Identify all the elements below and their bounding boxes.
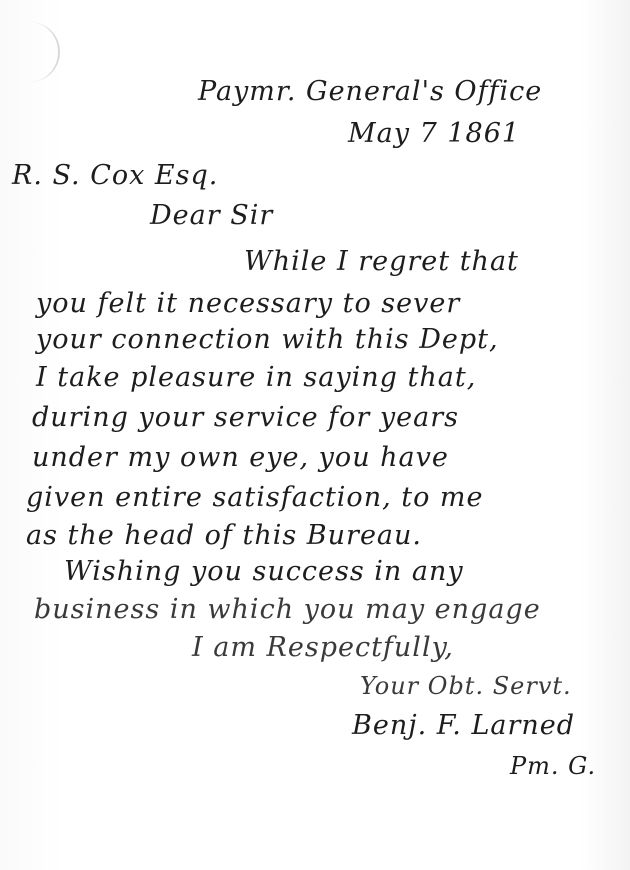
body-line: during your service for years <box>32 402 459 433</box>
closing-respectfully: I am Respectfully, <box>192 632 454 663</box>
body-line: While I regret that <box>244 246 519 277</box>
corner-mark <box>18 22 60 82</box>
addressee: R. S. Cox Esq. <box>12 160 218 191</box>
letter-page: Paymr. General's Office May 7 1861 R. S.… <box>0 0 630 870</box>
body-line: your connection with this Dept, <box>36 324 499 355</box>
body-line: as the head of this Bureau. <box>26 520 422 551</box>
closing-servant: Your Obt. Servt. <box>360 672 572 700</box>
body-line: business in which you may engage <box>34 594 541 625</box>
signature-title: Pm. G. <box>510 752 596 780</box>
body-line: I take pleasure in saying that, <box>36 362 476 393</box>
body-line: you felt it necessary to sever <box>36 288 460 319</box>
salutation: Dear Sir <box>150 200 273 231</box>
body-line: Wishing you success in any <box>64 556 464 587</box>
body-line: given entire satisfaction, to me <box>26 482 484 513</box>
signature: Benj. F. Larned <box>352 710 575 741</box>
letterhead-office: Paymr. General's Office <box>198 76 542 107</box>
body-line: under my own eye, you have <box>32 442 449 473</box>
letter-date: May 7 1861 <box>348 118 520 149</box>
